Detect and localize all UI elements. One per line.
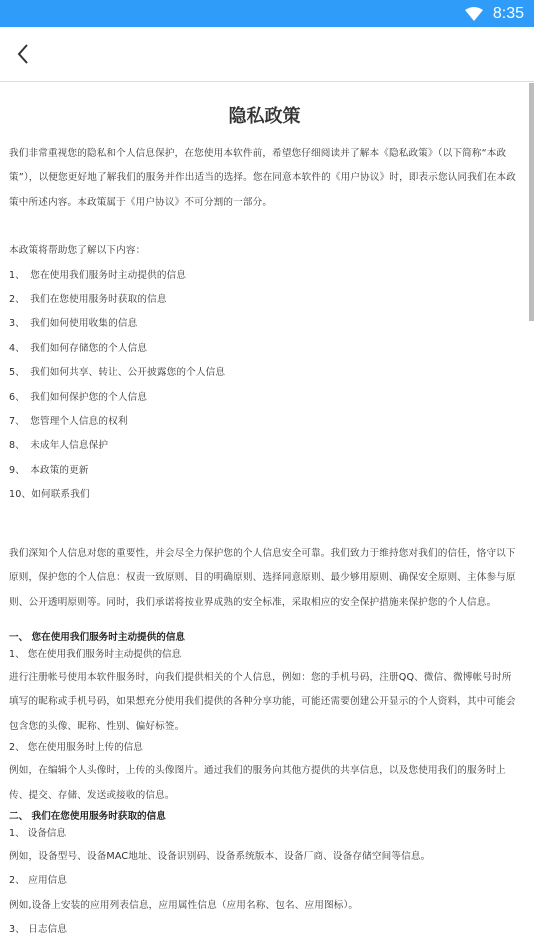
toc-item: 10、如何联系我们 [9,483,520,507]
toc-item: 8、 未成年人信息保护 [9,434,520,458]
section-2-sub2-body: 例如,设备上安装的应用列表信息，应用属性信息（应用名称、包名、应用图标）。 [9,894,520,918]
section-1-heading: 一、 您在使用我们服务时主动提供的信息 [9,629,520,646]
nav-bar [0,27,534,82]
status-bar: 8:35 [0,0,534,27]
section-1-sub2-body: 例如，在编辑个人头像时，上传的头像图片。通过我们的服务向其他方提供的共享信息，以… [9,759,520,808]
toc-heading: 本政策将帮助您了解以下内容： [9,239,520,263]
scrollbar[interactable] [529,83,534,321]
principles-paragraph: 我们深知个人信息对您的重要性，并会尽全力保护您的个人信息安全可靠。我们致力于维持… [9,542,520,615]
page-title: 隐私政策 [9,103,520,131]
toc-item: 6、 我们如何保护您的个人信息 [9,386,520,410]
section-2-sub3-heading: 3、 日志信息 [9,918,520,942]
section-2-heading: 二、 我们在您使用服务时获取的信息 [9,808,520,825]
section-2-sub2-heading: 2、 应用信息 [9,869,520,893]
toc-item: 1、 您在使用我们服务时主动提供的信息 [9,264,520,288]
section-1-sub1-heading: 1、 您在使用我们服务时主动提供的信息 [9,646,520,663]
back-button[interactable] [8,39,38,69]
toc-item: 5、 我们如何共享、转让、公开披露您的个人信息 [9,361,520,385]
toc-list: 1、 您在使用我们服务时主动提供的信息 2、 我们在您使用服务时获取的信息 3、… [9,264,520,508]
section-2-sub1-body: 例如，设备型号、设备MAC地址、设备识别码、设备系统版本、设备厂商、设备存储空间… [9,845,520,869]
status-time: 8:35 [493,5,524,23]
toc-item: 9、 本政策的更新 [9,459,520,483]
toc-item: 3、 我们如何使用收集的信息 [9,312,520,336]
wifi-icon [465,7,483,21]
toc-item: 7、 您管理个人信息的权利 [9,410,520,434]
chevron-left-icon [16,43,30,65]
section-1-sub1-body: 进行注册帐号使用本软件服务时，向我们提供相关的个人信息，例如：您的手机号码，注册… [9,666,520,739]
policy-content[interactable]: 隐私政策 我们非常重视您的隐私和个人信息保护，在您使用本软件前，希望您仔细阅读并… [0,83,529,949]
toc-item: 2、 我们在您使用服务时获取的信息 [9,288,520,312]
section-1-sub2-heading: 2、 您在使用服务时上传的信息 [9,739,520,756]
section-2-sub1-heading: 1、 设备信息 [9,825,520,842]
intro-paragraph: 我们非常重视您的隐私和个人信息保护，在您使用本软件前，希望您仔细阅读并了解本《隐… [9,142,520,215]
toc-item: 4、 我们如何存储您的个人信息 [9,337,520,361]
